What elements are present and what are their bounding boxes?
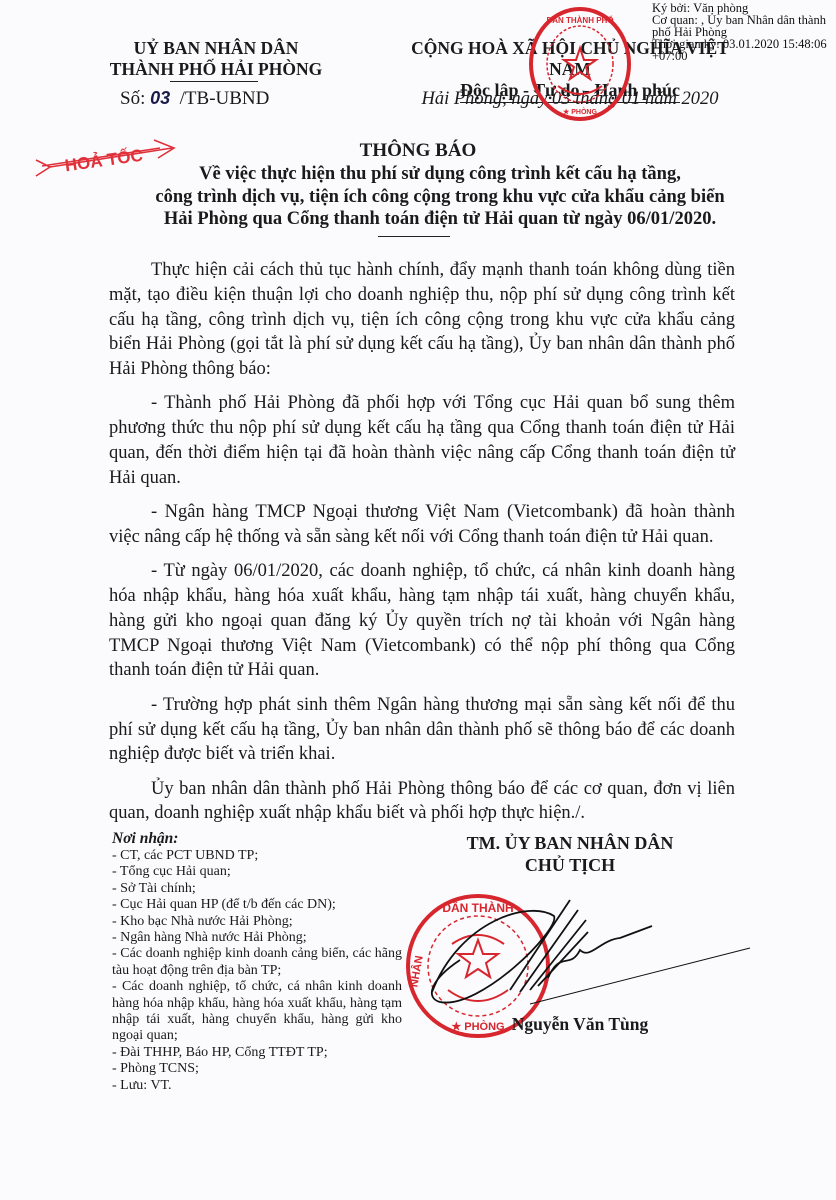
recipient-item: - Ngân hàng Nhà nước Hải Phòng; xyxy=(112,930,402,946)
body-paragraph: Ủy ban nhân dân thành phố Hải Phòng thôn… xyxy=(109,777,735,827)
recipient-item: - Kho bạc Nhà nước Hải Phòng; xyxy=(112,914,402,930)
signer-title: TM. ỦY BAN NHÂN DÂN CHỦ TỊCH xyxy=(440,832,700,876)
subject-line-1: Về việc thực hiện thu phí sử dụng công t… xyxy=(60,163,820,186)
digital-signature-info: Ký bởi: Văn phòng Cơ quan: , Ủy ban Nhân… xyxy=(652,2,836,62)
document-number: Số: 03 /TB-UBND xyxy=(120,88,320,110)
official-seal-icon: DÂN THÀNH PHỐ ★ PHÒNG xyxy=(528,6,632,122)
number-value: 03 xyxy=(150,88,170,108)
svg-text:DÂN THÀNH PHỐ: DÂN THÀNH PHỐ xyxy=(546,15,613,25)
recipient-item: - Lưu: VT. xyxy=(112,1078,402,1094)
recipients-heading: Nơi nhận: xyxy=(112,830,402,848)
body-paragraph: - Thành phố Hải Phòng đã phối hợp với Tổ… xyxy=(109,391,735,490)
subject-line-3: Hải Phòng qua Cổng thanh toán điện tử Hả… xyxy=(60,208,820,231)
recipient-item: - Phòng TCNS; xyxy=(112,1061,402,1077)
recipient-item: - Tổng cục Hải quan; xyxy=(112,864,402,880)
document-body: Thực hiện cải cách thủ tục hành chính, đ… xyxy=(109,258,735,836)
on-behalf-of: TM. ỦY BAN NHÂN DÂN xyxy=(440,832,700,854)
body-paragraph: - Từ ngày 06/01/2020, các doanh nghiệp, … xyxy=(109,559,735,683)
number-suffix: /TB-UBND xyxy=(180,88,270,109)
recipient-item: - Các doanh nghiệp, tổ chức, cá nhân kin… xyxy=(112,979,402,1045)
signing-timezone: +07:00 xyxy=(652,50,836,62)
issuing-agency: UỶ BAN NHÂN DÂN THÀNH PHỐ HẢI PHÒNG xyxy=(96,38,336,80)
agency-underline xyxy=(170,81,258,82)
agency-line-1: UỶ BAN NHÂN DÂN xyxy=(96,38,336,59)
svg-text:★ PHÒNG: ★ PHÒNG xyxy=(563,107,597,116)
document-subject: Về việc thực hiện thu phí sử dụng công t… xyxy=(60,163,820,231)
body-paragraph: - Trường hợp phát sinh thêm Ngân hàng th… xyxy=(109,693,735,767)
recipient-item: - CT, các PCT UBND TP; xyxy=(112,848,402,864)
body-paragraph: - Ngân hàng TMCP Ngoại thương Việt Nam (… xyxy=(109,500,735,550)
number-prefix: Số: xyxy=(120,88,145,109)
subject-underline xyxy=(378,236,450,237)
document-type-title: THÔNG BÁO xyxy=(0,140,836,162)
subject-line-2: công trình dịch vụ, tiện ích công cộng t… xyxy=(60,186,820,209)
recipient-item: - Sở Tài chính; xyxy=(112,881,402,897)
signer-name: Nguyễn Văn Tùng xyxy=(480,1014,680,1035)
signer-position: CHỦ TỊCH xyxy=(440,854,700,876)
recipient-item: - Cục Hải quan HP (để t/b đến các DN); xyxy=(112,897,402,913)
recipients-list: Nơi nhận: - CT, các PCT UBND TP; - Tổng … xyxy=(112,830,402,1094)
agency-line-2: THÀNH PHỐ HẢI PHÒNG xyxy=(96,59,336,80)
recipient-item: - Đài THHP, Báo HP, Cổng TTĐT TP; xyxy=(112,1045,402,1061)
body-paragraph: Thực hiện cải cách thủ tục hành chính, đ… xyxy=(109,258,735,382)
recipient-item: - Các doanh nghiệp kinh doanh cảng biển,… xyxy=(112,946,402,979)
